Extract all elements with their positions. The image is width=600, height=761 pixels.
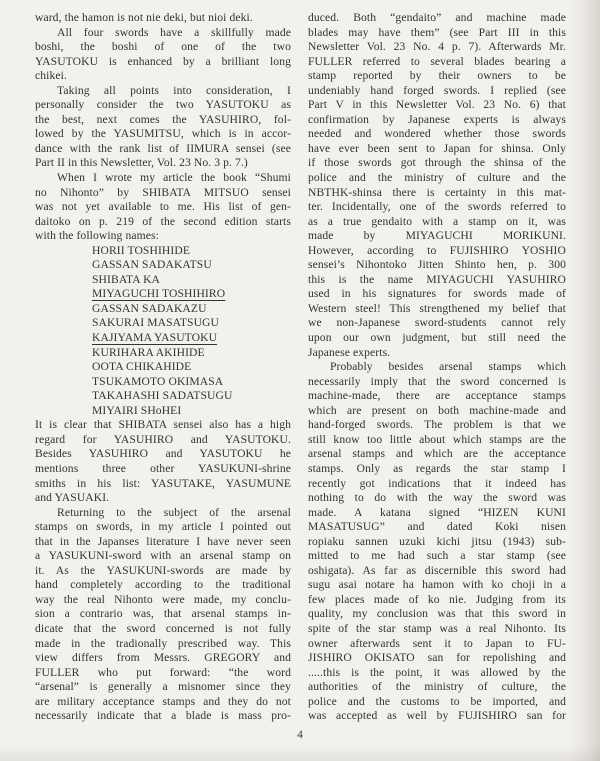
text-line: Part II in this Newsletter, Vol. 23 No. … [35, 156, 291, 171]
underlined-smith-name: KAJIYAMA YASUTOKU [92, 331, 217, 344]
text-line: stamps. Only as regards the star stamp I [308, 462, 566, 477]
text-line: Part V in this Newsletter Vol. 23 No. 6)… [308, 98, 566, 113]
text-line: Besides YASUHIRO and YASUTOKU he [35, 447, 291, 462]
text-line: NBTHK-shinsa there is certainty in this … [308, 186, 566, 201]
text-line: YASUTOKU is enhanced by a brilliant long [35, 55, 291, 70]
smith-name-line: KURIHARA AKIHIDE [35, 346, 291, 361]
text-line: arsenal stamps and which are the accepta… [308, 447, 566, 462]
text-line: FULLER referred to several blades bearin… [308, 55, 566, 70]
text-line: However, according to FUJISHIRO YOSHIO [308, 244, 566, 259]
text-line: if those swords got through the shinsa o… [308, 156, 566, 171]
text-line: Taking all points into consideration, I [35, 84, 291, 99]
text-line: made by MIYAGUCHI MORIKUNI. [308, 229, 566, 244]
text-line: smiths in his list: YASUTAKE, YASUMUNE [35, 477, 291, 492]
text-line: ter. Incidentally, one of the swords ref… [308, 200, 566, 215]
text-line: .....this is the point, it was allowed b… [308, 666, 566, 681]
smith-name-line: SHIBATA KA [35, 273, 291, 288]
text-line: All four swords have a skillfully made [35, 26, 291, 41]
smith-name-line: GASSAN SADAKAZU [35, 302, 291, 317]
smith-name-line: KAJIYAMA YASUTOKU [35, 331, 291, 346]
text-line: which are present on both machine-made a… [308, 404, 566, 419]
text-line: with the following names: [35, 229, 291, 244]
text-line: boshi, the boshi of one of the two [35, 40, 291, 55]
smith-name-line: OOTA CHIKAHIDE [35, 360, 291, 375]
text-line: nothing to do with the way the sword was [308, 491, 566, 506]
text-line: police and the ministry of culture and t… [308, 171, 566, 186]
text-line: are military acceptance stamps and they … [35, 695, 291, 710]
text-line: undeniably hand forged swords. I replied… [308, 84, 566, 99]
smith-name-line: MIYAIRI SHoHEI [35, 404, 291, 419]
text-line: police and the customs to be imported, a… [308, 695, 566, 710]
text-line: FULLER who put forward: “the word [35, 666, 291, 681]
text-line: ward, the hamon is not nie deki, but nio… [35, 11, 291, 26]
text-line: Newsletter Vol. 23 No. 4 p. 7). Afterwar… [308, 40, 566, 55]
underlined-smith-name: MIYAGUCHI TOSHIHIRO [92, 287, 225, 300]
text-line: way the real Nihonto were made, my concl… [35, 593, 291, 608]
smith-name-line: MIYAGUCHI TOSHIHIRO [35, 287, 291, 302]
text-line: spite of the star stamp was a real Nihon… [308, 622, 566, 637]
smith-name-line: HORII TOSHIHIDE [35, 244, 291, 259]
text-line: dicate that the sword concerned is not f… [35, 622, 291, 637]
text-line: stamp reported by their owners to be [308, 69, 566, 84]
text-line: confirmation by Japanese experts is alwa… [308, 113, 566, 128]
smith-name-line: SAKURAI MASATSUGU [35, 316, 291, 331]
text-line: that in the Japanses literature I have n… [35, 535, 291, 550]
text-line: we non-Japanese sword-students cannot re… [308, 316, 566, 331]
smith-name-line: TSUKAMOTO OKIMASA [35, 375, 291, 390]
text-line: sugu asai notare ha hamon with ko choji … [308, 578, 566, 593]
text-line: hand-forged swords. The problem is that … [308, 418, 566, 433]
text-line: sion a contrario was, that arsenal stamp… [35, 607, 291, 622]
text-line: used in his signatures for swords made o… [308, 287, 566, 302]
text-line: made in the tradionally prescribed way. … [35, 637, 291, 652]
text-line: ropiaku sannen uzuki kichi jitsu (1943) … [308, 535, 566, 550]
text-line: necessarily imply that the sword concern… [308, 375, 566, 390]
text-line: quality, my conclusion was that this swo… [308, 607, 566, 622]
text-line: and YASUAKI. [35, 491, 291, 506]
right-text-column: duced. Both “gendaito” and machine madeb… [308, 11, 566, 724]
text-line: MASATUSUG” and dated Koki nisen [308, 520, 566, 535]
smith-name-line: GASSAN SADAKATSU [35, 258, 291, 273]
text-line: Western steel! This strengthened my beli… [308, 302, 566, 317]
text-line: Japanese experts. [308, 346, 566, 361]
text-line: blades may have them” (see Part III in t… [308, 26, 566, 41]
text-line: mentions three other YASUKUNI-shrine [35, 462, 291, 477]
text-line: daitoko on p. 219 of the second edition … [35, 215, 291, 230]
text-line: view differs from Messrs. GREGORY and [35, 651, 291, 666]
text-line: authorities of the ministry of culture, … [308, 680, 566, 695]
text-line: was not yet available to me. His list of… [35, 200, 291, 215]
text-line: upon our own judgment, but still need th… [308, 331, 566, 346]
text-line: hand completely according to the traditi… [35, 578, 291, 593]
scan-edge-shadow-bottom [0, 745, 600, 761]
text-line: lowed by the YASUMITSU, which is in acco… [35, 127, 291, 142]
text-line: this is the name MIYAGUCHI YASUHIRO [308, 273, 566, 288]
text-line: made. A katana signed “HIZEN KUNI [308, 506, 566, 521]
scanned-page: ward, the hamon is not nie deki, but nio… [0, 0, 600, 761]
text-line: it. As the YASUKUNI-swords are made by [35, 564, 291, 579]
text-line: no Nihonto” by SHIBATA MITSUO sensei [35, 186, 291, 201]
text-line: Probably besides arsenal stamps which [308, 360, 566, 375]
text-line: personally consider the two YASUTOKU as [35, 98, 291, 113]
text-line: oshigata). As far as discernible this sw… [308, 564, 566, 579]
text-line: sensei’s Nihontoko Jitten Shinto hen, p.… [308, 258, 566, 273]
text-line: machine-made, there are acceptance stamp… [308, 389, 566, 404]
text-line: a YASUKUNI-sword with an arsenal stamp o… [35, 549, 291, 564]
text-line: have ever been sent to Japan for shinsa.… [308, 142, 566, 157]
text-line: was accepted as well by FUJISHIRO san fo… [308, 709, 566, 724]
text-line: “arsenal” is generally a misnomer since … [35, 680, 291, 695]
text-line: mitted to me had such a star stamp (see [308, 549, 566, 564]
text-line: owner afterwards sent it to Japan to FU- [308, 637, 566, 652]
text-line: It is clear that SHIBATA sensei also has… [35, 418, 291, 433]
text-line: chikei. [35, 69, 291, 84]
text-line: the best, next comes the YASUHIRO, fol- [35, 113, 291, 128]
page-number: 4 [0, 729, 600, 741]
text-line: JISHIRO OKISATO san for repolishing and [308, 651, 566, 666]
text-line: needed and wondered whether those swords [308, 127, 566, 142]
left-text-column: ward, the hamon is not nie deki, but nio… [35, 11, 291, 724]
text-line: dance with the rank list of IIMURA sense… [35, 142, 291, 157]
smith-name-line: TAKAHASHI SADATSUGU [35, 389, 291, 404]
text-line: stamps on swords, in my article I pointe… [35, 520, 291, 535]
text-line: still know too little about which stamps… [308, 433, 566, 448]
scan-edge-shadow-right [570, 0, 600, 761]
text-line: recently got indications that it indeed … [308, 477, 566, 492]
text-line: duced. Both “gendaito” and machine made [308, 11, 566, 26]
text-line: Returning to the subject of the arsenal [35, 506, 291, 521]
text-line: few places made of ko nie. Judging from … [308, 593, 566, 608]
text-line: necessarily indicate that a blade is mas… [35, 709, 291, 724]
text-line: as a true gendaito with a stamp on it, w… [308, 215, 566, 230]
text-line: regard for YASUHIRO and YASUTOKU. [35, 433, 291, 448]
text-line: When I wrote my article the book “Shumi [35, 171, 291, 186]
